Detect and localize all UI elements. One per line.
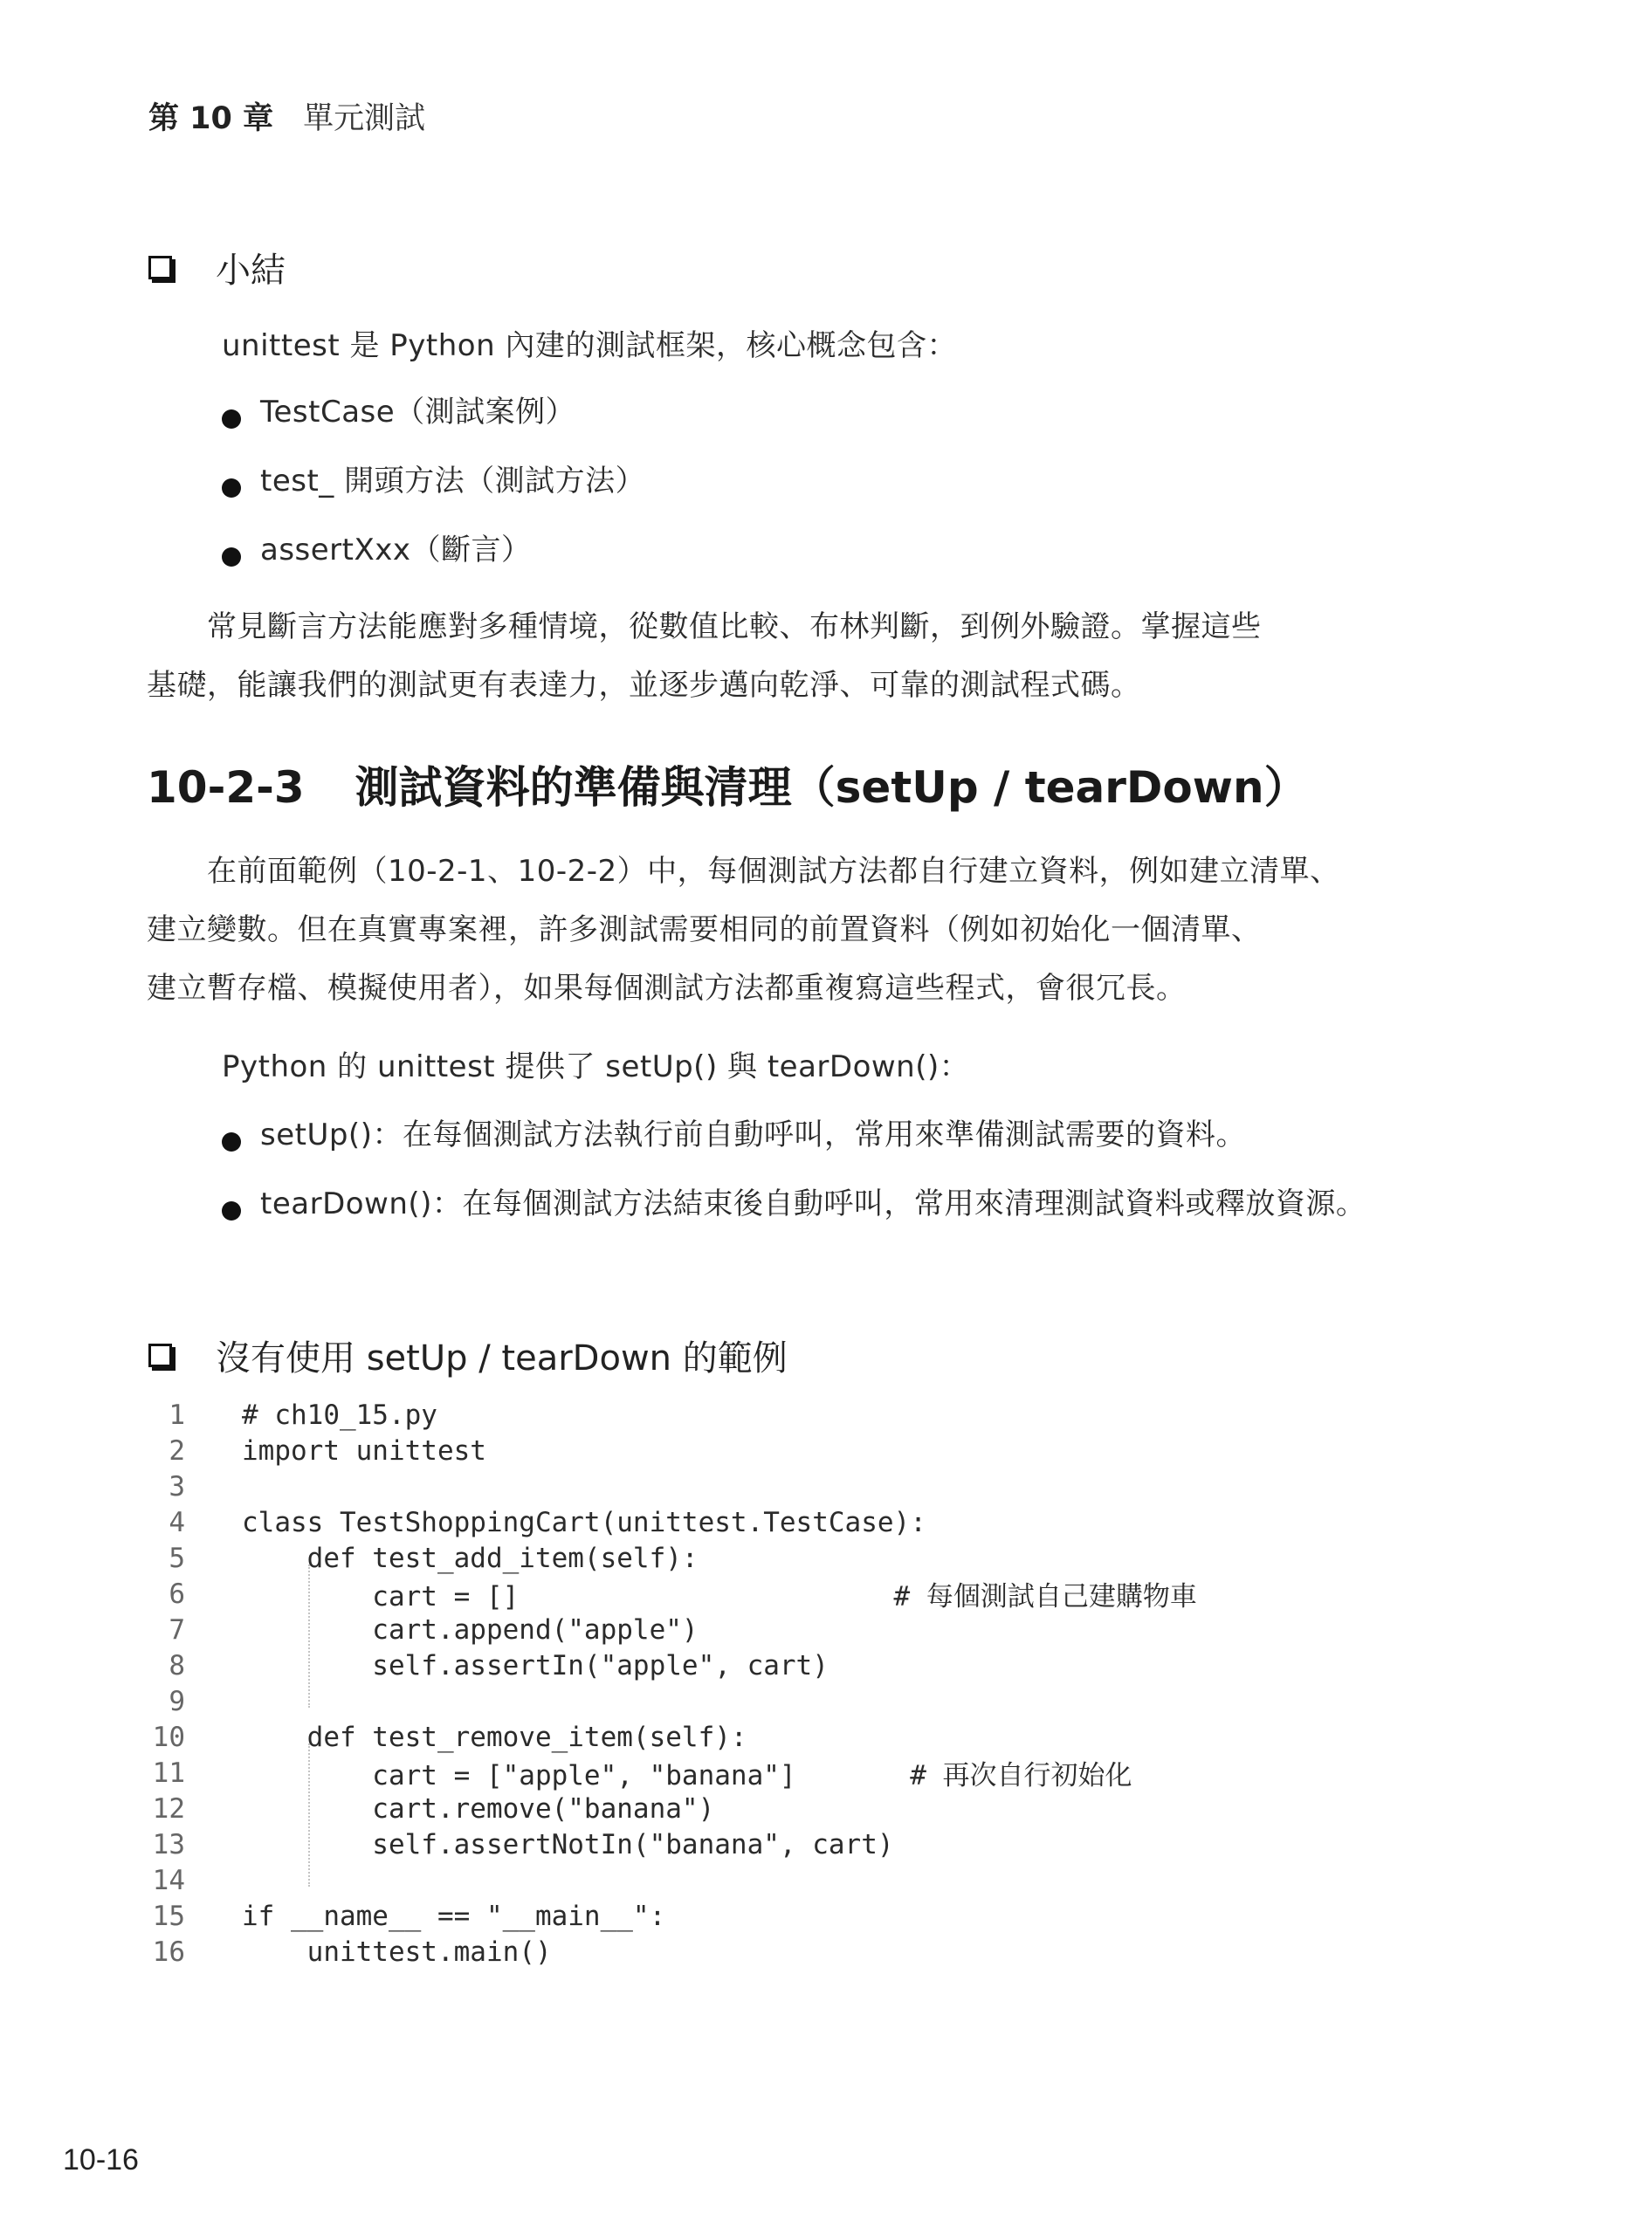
code-text: cart = ["apple", "banana"] # 再次自行初始化 bbox=[242, 1753, 1132, 1792]
bullet-text: test_ 開頭方法（測試方法） bbox=[260, 452, 645, 510]
page-number: 10-16 bbox=[63, 2143, 139, 2177]
summary-paragraph-line-1: 常見斷言方法能應對多種情境，從數值比較、布林判斷，到例外驗證。掌握這些 bbox=[147, 602, 1262, 645]
summary-bullet-2: test_ 開頭方法（測試方法） bbox=[222, 466, 645, 510]
code-line: 5 def test_add_item(self): bbox=[131, 1540, 185, 1576]
code-text: cart = [] # 每個測試自己建購物車 bbox=[242, 1574, 1197, 1613]
example-heading: 沒有使用 setUp / tearDown 的範例 bbox=[148, 1331, 788, 1380]
line-number: 13 bbox=[131, 1829, 185, 1860]
section-paragraph-line-3: 建立暫存檔、模擬使用者），如果每個測試方法都重複寫這些程式，會很冗長。 bbox=[147, 964, 1187, 1007]
line-number: 8 bbox=[131, 1650, 185, 1681]
section-title-text: 測試資料的準備與清理（setUp / tearDown） bbox=[355, 762, 1308, 813]
code-line: 13 self.assertNotIn("banana", cart) bbox=[131, 1826, 185, 1862]
code-text: self.assertIn("apple", cart) bbox=[242, 1650, 829, 1681]
example-heading-label: 沒有使用 setUp / tearDown 的範例 bbox=[216, 1331, 788, 1380]
section-bullet-teardown: tearDown()：在每個測試方法結束後自動呼叫，常用來清理測試資料或釋放資源… bbox=[222, 1189, 1479, 1233]
bullet-dot-icon bbox=[222, 409, 241, 429]
line-number: 10 bbox=[131, 1722, 185, 1753]
line-number: 9 bbox=[131, 1686, 185, 1717]
line-number: 11 bbox=[131, 1757, 185, 1789]
section-paragraph-line-2: 建立變數。但在真實專案裡，許多測試需要相同的前置資料（例如初始化一個清單、 bbox=[147, 905, 1262, 948]
line-number: 15 bbox=[131, 1901, 185, 1932]
line-number: 12 bbox=[131, 1793, 185, 1825]
code-text: if __name__ == "__main__": bbox=[242, 1901, 665, 1932]
checkbox-square-icon bbox=[148, 1344, 172, 1367]
summary-paragraph-line-2: 基礎，能讓我們的測試更有表達力，並逐步邁向乾淨、可靠的測試程式碼。 bbox=[147, 661, 1141, 704]
line-number: 14 bbox=[131, 1865, 185, 1896]
bullet-text: tearDown()：在每個測試方法結束後自動呼叫，常用來清理測試資料或釋放資源… bbox=[260, 1175, 1474, 1233]
code-line: 3 bbox=[131, 1468, 185, 1504]
code-line: 9 bbox=[131, 1683, 185, 1719]
bullet-dot-icon bbox=[222, 1132, 241, 1152]
summary-intro: unittest 是 Python 內建的測試框架，核心概念包含： bbox=[222, 321, 957, 364]
code-line: 8 self.assertIn("apple", cart) bbox=[131, 1647, 185, 1683]
code-line: 16 unittest.main() bbox=[131, 1934, 185, 1970]
chapter-title: 單元測試 bbox=[303, 101, 425, 136]
code-line: 2import unittest bbox=[131, 1433, 185, 1468]
line-number: 1 bbox=[131, 1399, 185, 1431]
chapter-number: 第 10 章 bbox=[148, 101, 273, 136]
code-line: 7 cart.append("apple") bbox=[131, 1612, 185, 1647]
summary-heading: 小結 bbox=[148, 243, 286, 292]
line-number: 4 bbox=[131, 1507, 185, 1538]
line-number: 3 bbox=[131, 1471, 185, 1503]
line-number: 7 bbox=[131, 1614, 185, 1646]
code-line: 11 cart = ["apple", "banana"] # 再次自行初始化 bbox=[131, 1755, 185, 1791]
bullet-text: assertXxx（斷言） bbox=[260, 521, 532, 579]
code-line: 6 cart = [] # 每個測試自己建購物車 bbox=[131, 1576, 185, 1612]
code-line: 15if __name__ == "__main__": bbox=[131, 1898, 185, 1934]
checkbox-square-icon bbox=[148, 256, 172, 279]
section-paragraph-line-1: 在前面範例（10-2-1、10-2-2）中，每個測試方法都自行建立資料，例如建立… bbox=[147, 847, 1340, 890]
line-number: 16 bbox=[131, 1936, 185, 1968]
bullet-text: setUp()：在每個測試方法執行前自動呼叫，常用來準備測試需要的資料。 bbox=[260, 1106, 1246, 1164]
code-text: # ch10_15.py bbox=[242, 1399, 437, 1431]
code-text: cart.append("apple") bbox=[242, 1614, 699, 1646]
section-number: 10-2-3 bbox=[147, 762, 305, 813]
summary-heading-label: 小結 bbox=[216, 243, 286, 292]
code-line: 14 bbox=[131, 1862, 185, 1898]
code-text: import unittest bbox=[242, 1435, 486, 1467]
code-text: unittest.main() bbox=[242, 1936, 552, 1968]
code-text: self.assertNotIn("banana", cart) bbox=[242, 1829, 894, 1860]
code-text: cart.remove("banana") bbox=[242, 1793, 714, 1825]
code-text: class TestShoppingCart(unittest.TestCase… bbox=[242, 1507, 926, 1538]
section-title: 10-2-3測試資料的準備與清理（setUp / tearDown） bbox=[147, 753, 1308, 815]
bullet-dot-icon bbox=[222, 547, 241, 567]
bullet-dot-icon bbox=[222, 1201, 241, 1221]
bullet-dot-icon bbox=[222, 478, 241, 498]
running-head: 第 10 章單元測試 bbox=[148, 94, 425, 138]
code-line: 12 cart.remove("banana") bbox=[131, 1791, 185, 1826]
bullet-text: TestCase（測試案例） bbox=[260, 383, 575, 441]
summary-bullet-3: assertXxx（斷言） bbox=[222, 535, 532, 579]
line-number: 5 bbox=[131, 1543, 185, 1574]
section-intro: Python 的 unittest 提供了 setUp() 與 tearDown… bbox=[222, 1042, 969, 1085]
line-number: 2 bbox=[131, 1435, 185, 1467]
summary-bullet-1: TestCase（測試案例） bbox=[222, 397, 575, 441]
code-line: 4class TestShoppingCart(unittest.TestCas… bbox=[131, 1504, 185, 1540]
section-bullet-setup: setUp()：在每個測試方法執行前自動呼叫，常用來準備測試需要的資料。 bbox=[222, 1120, 1479, 1164]
code-line: 1# ch10_15.py bbox=[131, 1397, 185, 1433]
code-text: def test_add_item(self): bbox=[242, 1543, 699, 1574]
line-number: 6 bbox=[131, 1578, 185, 1610]
code-line: 10 def test_remove_item(self): bbox=[131, 1719, 185, 1755]
code-text: def test_remove_item(self): bbox=[242, 1722, 747, 1753]
